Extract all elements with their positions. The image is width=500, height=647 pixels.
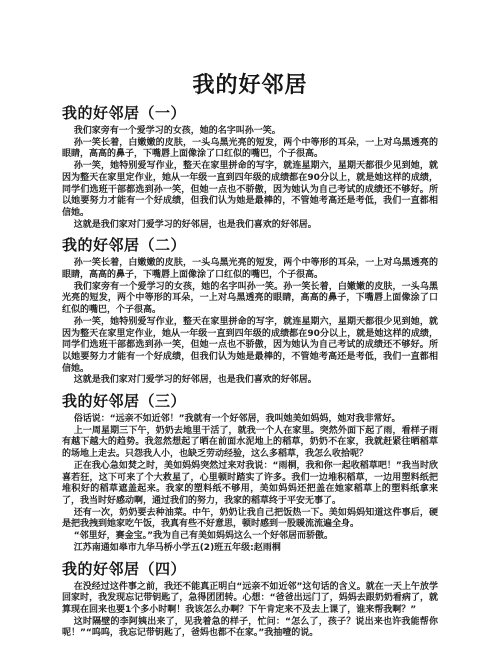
paragraph: 这就是我们家对门爱学习的好邻居，也是我们喜欢的好邻居。 (62, 220, 438, 232)
section-2: 我的好邻居（二） 孙一笑长着，白嫩嫩的皮肤，一头乌黑光亮的短发，两个中等形的耳朵… (62, 234, 438, 387)
section-3: 我的好邻居（三） 俗话说：“远亲不如近邻！”我就有一个好邻居，我叫她美如妈妈，她… (62, 390, 438, 554)
paragraph: 俗话说：“远亲不如近邻！”我就有一个好邻居，我叫她美如妈妈，她对我非常好。 (62, 414, 438, 426)
section-3-heading: 我的好邻居（三） (62, 390, 438, 411)
paragraph: 我们家旁有一个爱学习的女孩，她的名字叫孙一笑。 (62, 126, 438, 138)
paragraph: 孙一笑，她特别爱写作业，整天在家里拼命的写字，就连星期六，星期天都很少见到她，就… (62, 317, 438, 376)
document-title: 我的好邻居 (62, 68, 438, 99)
paragraph: 这就是我们家对门爱学习的好邻居，也是我们喜欢的好邻居。 (62, 375, 438, 387)
section-4: 我的好邻居（四） 在没经过这件事之前，我还不能真正明白“远亲不如近邻”这句话的含… (62, 558, 438, 641)
section-2-heading: 我的好邻居（二） (62, 234, 438, 255)
paragraph: 在没经过这件事之前，我还不能真正明白“远亲不如近邻”这句话的含义。就在一天上午放… (62, 582, 438, 617)
paragraph: 正在我心急如焚之时，美如妈妈突然过来对我说：“雨桐，我和你一起收稻草吧！”我当时… (62, 461, 438, 508)
paragraph: 上一周星期三下午，奶奶去地里干活了，就我一个人在家里。突然外面下起了雨，看样子雨… (62, 426, 438, 461)
section-1-heading: 我的好邻居（一） (62, 102, 438, 123)
author-attribution: 江苏南通如皋市九华马桥小学五(2)班五年级:赵雨桐 (62, 543, 438, 555)
paragraph: 孙一笑长着，白嫩嫩的皮肤，一头乌黑光亮的短发，两个中等形的耳朵，一上对乌黑透亮的… (62, 138, 438, 161)
paragraph: 还有一次，奶奶要去种油菜。中午，奶奶让我自己把饭热一下。美如妈妈知道这件事后，硬… (62, 508, 438, 531)
paragraph: “邻里好，赛金宝。”我为自己有美如妈妈这么一个好邻居而骄傲。 (62, 531, 438, 543)
document-page: 我的好邻居 我的好邻居（一） 我们家旁有一个爱学习的女孩，她的名字叫孙一笑。 孙… (0, 0, 500, 647)
paragraph: 孙一笑，她特别爱写作业，整天在家里拼命的写字，就连星期六，星期天都很少见到她，就… (62, 161, 438, 220)
section-1: 我的好邻居（一） 我们家旁有一个爱学习的女孩，她的名字叫孙一笑。 孙一笑长着，白… (62, 102, 438, 231)
paragraph: 这时隔壁的李阿姨出来了，见我着急的样子，忙问：“怎么了，孩子？说出来也许我能帮你… (62, 617, 438, 640)
paragraph: 我们家旁有一个爱学习的女孩，她的名字叫孙一笑。孙一笑长着，白嫩嫩的皮肤，一头乌黑… (62, 282, 438, 317)
document-body: 我的好邻居 我的好邻居（一） 我们家旁有一个爱学习的女孩，她的名字叫孙一笑。 孙… (62, 68, 438, 640)
section-4-heading: 我的好邻居（四） (62, 558, 438, 579)
paragraph: 孙一笑长着，白嫩嫩的皮肤，一头乌黑光亮的短发，两个中等形的耳朵，一上对乌黑透亮的… (62, 258, 438, 281)
